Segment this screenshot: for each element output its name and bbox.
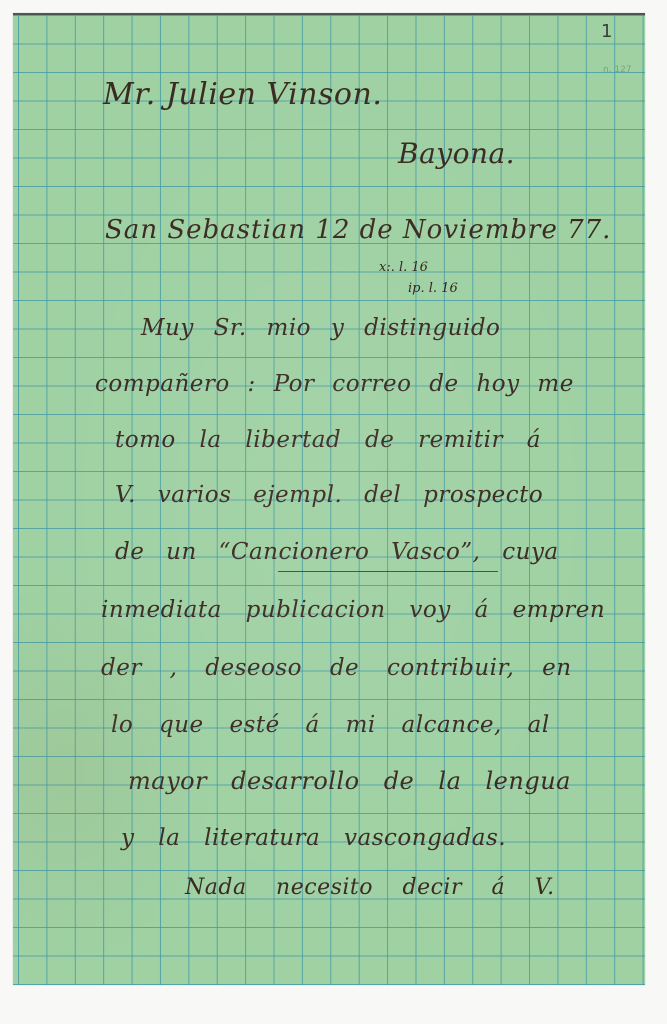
body-line-10: y la literatura vascongadas. [121,825,506,851]
body-line-5-text: de un “Cancionero Vasco”, cuya [115,539,559,565]
body-line-11: Nada necesito decir á V. [185,875,555,900]
marginal-note-1: x:. l. 16 [379,260,428,275]
body-line-6: inmediata publicacion voy á empren [101,597,605,623]
graph-paper-sheet: 1 n. 127 Mr. Julien Vinson. Bayona. San … [13,13,645,985]
body-line-3: tomo la libertad de remitir á [115,427,541,453]
dateline: San Sebastian 12 de Noviembre 77. [105,215,611,245]
addressee-line: Mr. Julien Vinson. [103,77,382,112]
pencil-annotation: n. 127 [603,65,632,75]
body-line-1: Muy Sr. mio y distinguido [141,315,500,341]
body-line-9: mayor desarrollo de la lengua [128,767,571,795]
body-line-2: compañero : Por correo de hoy me [95,371,574,397]
title-underline [278,571,498,572]
body-line-4: V. varios ejempl. del prospecto [115,482,543,508]
city-line: Bayona. [398,137,515,170]
body-line-5: de un “Cancionero Vasco”, cuya [115,539,559,565]
marginal-note-2: ip. l. 16 [408,281,458,296]
scanned-document: 1 n. 127 Mr. Julien Vinson. Bayona. San … [0,0,667,1024]
body-line-8: lo que esté á mi alcance, al [111,712,550,738]
page-number: 1 [601,21,612,42]
body-line-7: der , deseoso de contribuir, en [101,655,572,681]
